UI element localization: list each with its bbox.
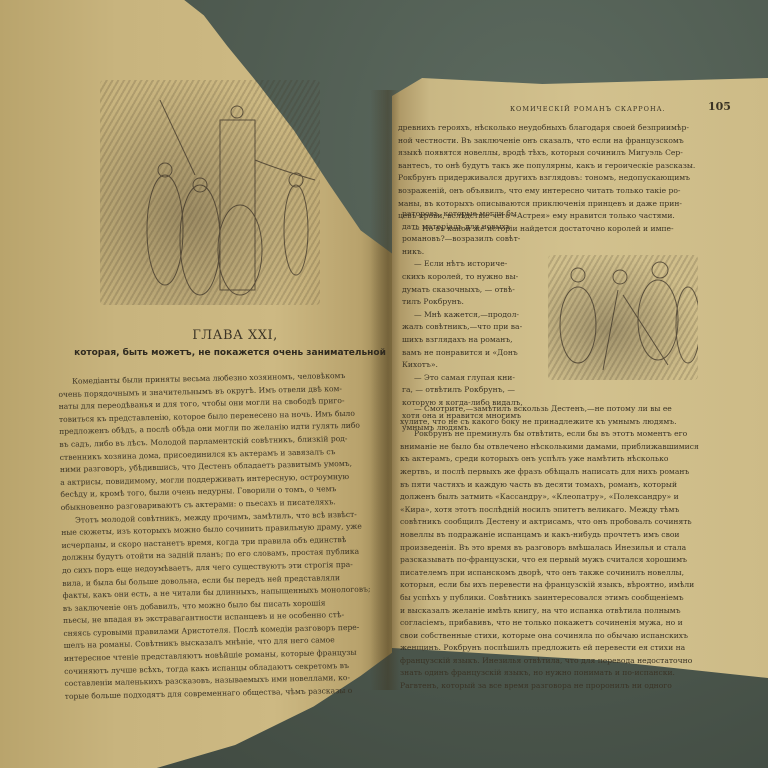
text-line: никъ. (402, 246, 532, 259)
text-line: и высказалъ желаніе имѣть книгу, на что … (400, 605, 730, 618)
page-number: 105 (708, 100, 731, 113)
text-line: новеллы въ подражаніе испанцамъ и какъ-н… (400, 529, 730, 542)
chapter-subtitle: которая, быть можетъ, не покажется очень… (70, 348, 390, 358)
right-page-bottom-text: — Смотрите,—замѣтилъ вскользь Дестенъ,—н… (400, 403, 730, 693)
text-line: скихъ королей, то нужно вы- (402, 271, 532, 284)
text-line: вантесъ, то онѣ будутъ такъ же популярны… (398, 160, 728, 173)
right-page-column-text: раторовъ, которые могли бы дать матеріал… (402, 208, 532, 435)
text-line: ной честности. Въ заключеніе онъ сказалъ… (398, 135, 728, 148)
text-line: вамъ не понравится и «Донъ (402, 347, 532, 360)
text-line: Рокбрунъ не преминулъ бы отвѣтить, если … (400, 428, 730, 441)
text-line: свои собственные стихи, которые она сочи… (400, 630, 730, 643)
text-line: согласіемъ, прибавивъ, что не только пок… (400, 617, 730, 630)
text-line: — Если нѣтъ историче- (402, 258, 532, 271)
running-head: КОМИЧЕСКІЙ РОМАНЪ СКАРРОНА. (510, 105, 666, 113)
text-line: долженъ былъ затмить «Кассандру», «Клеоп… (400, 491, 730, 504)
text-line: произведенія. Въ это время въ разговоръ … (400, 542, 730, 555)
chapter-title: ГЛАВА XXI, (170, 328, 300, 343)
paragraph: Комедіанты были приняты весьма любезно х… (58, 369, 381, 514)
engraving-illustration-left (100, 80, 320, 305)
text-line: тилъ Рокбрунъ. (402, 296, 532, 309)
text-line: романовъ?—возразилъ совѣт- (402, 233, 532, 246)
text-line: знать одинъ французскій языкъ, но нужно … (400, 667, 730, 680)
text-line: — Это самая глупая кни- (402, 372, 532, 385)
text-line: хулите, что не съ какого боку не принадл… (400, 416, 730, 429)
text-line: думать сказочныхъ, — отвѣ- (402, 284, 532, 297)
text-line: га, — отвѣтилъ Рокбрунъ, — (402, 384, 532, 397)
text-line: древнихъ герояхъ, нѣсколько неудобныхъ б… (398, 122, 728, 135)
text-line: бы успѣхъ у публики. Совѣтникъ заинтерес… (400, 592, 730, 605)
engraving-illustration-icon (548, 255, 698, 380)
text-line: раторовъ, которые могли бы (402, 208, 532, 221)
paragraph: Этотъ молодой совѣтникъ, между прочимъ, … (61, 508, 385, 704)
text-line: Рагвтенъ, который за все время разговора… (400, 680, 730, 693)
text-line: женщинъ. Рокбрунъ поспѣшилъ предложить е… (400, 642, 730, 655)
text-line: Кихотъ». (402, 359, 532, 372)
text-line: совѣтникъ сообщилъ Дестену и актрисамъ, … (400, 516, 730, 529)
left-page-body: Комедіанты были приняты весьма любезно х… (58, 369, 385, 703)
engraving-illustration-right (548, 255, 698, 380)
text-line: разсказывать по-французски, что ея первы… (400, 554, 730, 567)
text-line: возраженій, онъ объявилъ, что ему интере… (398, 185, 728, 198)
text-line: — Мнѣ кажется,—продол- (402, 309, 532, 322)
text-line: «Кира», хотя этотъ послѣдній носилъ эпит… (400, 504, 730, 517)
text-line: шихъ взглядахъ на романъ, (402, 334, 532, 347)
text-line: въ пяти частяхъ и каждую часть въ десяти… (400, 479, 730, 492)
text-line: дать матеріалъ для новыхъ (402, 221, 532, 234)
text-line: вниманіе не было бы отвлечено нѣскольким… (400, 441, 730, 454)
text-line: жалъ совѣтникъ,—что при ва- (402, 321, 532, 334)
text-line: къ актерамъ, среди которыхъ онъ успѣлъ у… (400, 453, 730, 466)
text-line: Рокбрунъ придерживался другихъ взглядовъ… (398, 172, 728, 185)
engraving-illustration-icon (100, 80, 320, 305)
text-line: французскій языкъ. Инезилья отвѣтила, чт… (400, 655, 730, 668)
text-line: — Смотрите,—замѣтилъ вскользь Дестенъ,—н… (400, 403, 730, 416)
text-line: жертвъ, и послѣ первыхъ же фразъ обѣщалъ… (400, 466, 730, 479)
text-line: писателемъ при испанскомъ дворѣ, что онъ… (400, 567, 730, 580)
text-line: языкѣ появятся новеллы, вродѣ тѣхъ, кото… (398, 147, 728, 160)
text-line: которыя, если бы ихъ перевести на францу… (400, 579, 730, 592)
